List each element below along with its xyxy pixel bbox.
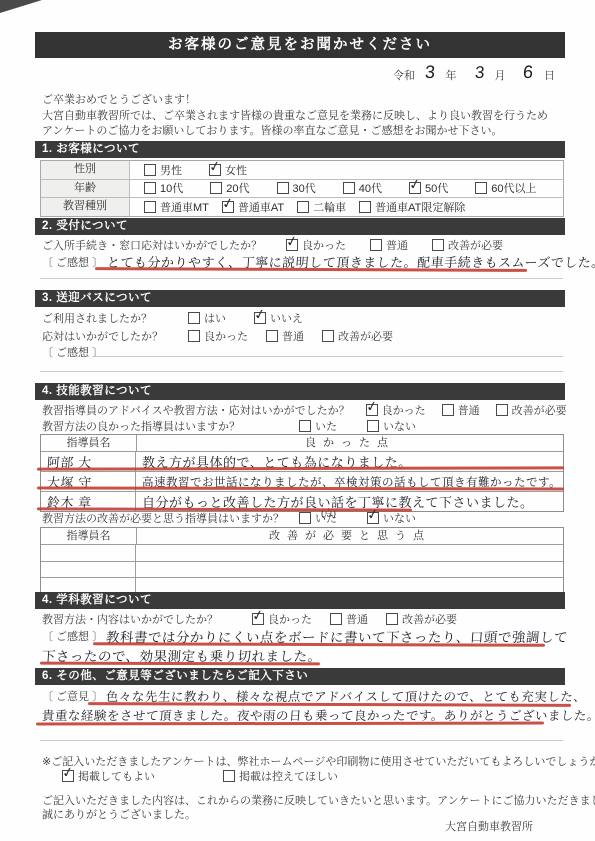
option-age-40s[interactable]: 40代 <box>343 180 382 196</box>
option-needs-improvement[interactable]: 改善が必要 <box>496 402 567 418</box>
checkbox-icon[interactable] <box>209 164 221 176</box>
improve-instructor-question-row: 教習方法の改善が必要と思う指導員はいますか？ いた いない <box>42 510 416 526</box>
bus-used-question-row: ご利用されましたか？ はい いいえ <box>42 310 303 326</box>
red-underline <box>36 722 544 725</box>
column-header-improve-points: 改善が必要と思う点 <box>137 528 563 544</box>
checkbox-icon[interactable] <box>359 201 371 213</box>
row-label: 性別 <box>41 161 130 179</box>
date-line: 令和 3 年 3 月 6 日 <box>393 62 555 83</box>
option-label: 普通 <box>282 328 304 344</box>
checkbox-icon[interactable] <box>366 404 378 416</box>
option-label: 普通車AT <box>238 199 284 215</box>
table-row-age: 年齢 10代 20代 30代 40代 50代 60代以上 <box>41 179 563 198</box>
bus-comment-row[interactable]: 〔 ご感想 〕 <box>42 344 103 360</box>
intro-line-3: アンケートのご協力をお願いしております。皆様の率直なご意見・ご感想をお聞かせ下さ… <box>42 122 502 138</box>
question-label: 教習方法の改善が必要と思う指導員はいますか？ <box>42 510 289 526</box>
option-motorcycle[interactable]: 二輪車 <box>297 199 346 215</box>
checkbox-icon[interactable] <box>62 770 74 782</box>
option-label: 40代 <box>359 180 382 196</box>
section3-header: 3. 送迎バスについて <box>35 290 565 307</box>
bus-service-question-row: 応対はいかがでしたか？ 良かった 普通 改善が必要 <box>42 328 393 344</box>
day-value: 6 <box>523 62 535 83</box>
ruled-line <box>95 356 563 357</box>
good-instructor-question-row: 教習方法の良かった指導員はいますか？ いた いない <box>42 418 416 434</box>
option-good[interactable]: 良かった <box>366 402 426 418</box>
option-label: 普通車MT <box>160 199 209 215</box>
option-male[interactable]: 男性 <box>144 162 182 178</box>
option-no[interactable]: いいえ <box>254 310 303 326</box>
improve-instructor-table: 指導員名 改善が必要と思う点 <box>40 527 564 595</box>
day-unit: 日 <box>544 67 555 83</box>
option-label: いいえ <box>270 310 303 326</box>
option-label: 良かった <box>268 611 312 627</box>
section5-header: 4. 学科教習について <box>35 592 565 609</box>
good-instructor-table: 指導員名 良かった点 阿部 大 教え方が具体的で、とても為になりました。 大塚 … <box>40 434 564 512</box>
option-ita[interactable]: いた <box>299 418 337 434</box>
table-row-gender: 性別 男性 女性 <box>41 161 563 179</box>
checkbox-icon[interactable] <box>432 239 444 251</box>
closing-line-2: 誠にありがとうございました。 <box>42 806 196 822</box>
option-label: いない <box>383 510 416 526</box>
ruled-line <box>40 278 563 279</box>
column-header-name: 指導員名 <box>41 528 137 544</box>
option-needs-improvement[interactable]: 改善が必要 <box>322 328 393 344</box>
option-label: 掲載してもよい <box>78 768 155 784</box>
table-header-row: 指導員名 改善が必要と思う点 <box>41 528 563 544</box>
scan-corner-artifact <box>0 0 42 13</box>
checkbox-icon[interactable] <box>286 239 298 251</box>
section2-header: 2. 受付について <box>35 218 565 235</box>
option-normal[interactable]: 普通 <box>442 402 480 418</box>
publish-options-row: 掲載してもよい 掲載は控えてほしい <box>62 768 338 784</box>
option-inai[interactable]: いない <box>367 510 416 526</box>
option-publish-no[interactable]: 掲載は控えてほしい <box>223 768 338 784</box>
intro-line-1: ご卒業おめでとうございます！ <box>42 91 196 107</box>
instructor-row[interactable]: 鈴木 章 自分がもっと改善した方が良い話を丁寧に教えて下さいました。 (点) <box>41 491 563 511</box>
option-needs-improvement[interactable]: 改善が必要 <box>432 237 503 253</box>
option-normal[interactable]: 普通 <box>370 237 408 253</box>
question-label: 教習方法・内容はいかがでしたか？ <box>42 611 242 627</box>
option-label: 30代 <box>293 180 316 196</box>
checkbox-icon[interactable] <box>330 613 342 625</box>
publish-question: ※ご記入いただきましたアンケートは、弊社ホームページや印刷物に使用させていただい… <box>42 753 595 769</box>
instructor-row[interactable]: 大塚 守 高速教習でお世話になりましたが、卒検対策の話もして頂き有難かったです。 <box>41 471 563 491</box>
empty-row[interactable] <box>41 561 563 578</box>
checkbox-icon[interactable] <box>367 512 379 524</box>
option-label: 改善が必要 <box>402 611 457 627</box>
checkbox-icon[interactable] <box>299 512 311 524</box>
option-label: 50代 <box>425 180 448 196</box>
option-normal[interactable]: 普通 <box>266 328 304 344</box>
customer-info-table: 性別 男性 女性 年齢 10代 20代 30代 40代 50代 60代以上 教習… <box>40 160 564 217</box>
option-inai[interactable]: いない <box>367 418 416 434</box>
option-label: 良かった <box>302 237 346 253</box>
checkbox-icon[interactable] <box>210 182 222 194</box>
checkbox-icon[interactable] <box>188 330 200 342</box>
option-female[interactable]: 女性 <box>209 162 247 178</box>
option-label: 男性 <box>160 162 182 178</box>
intro-line-2: 大宮自動車教習所では、ご卒業されます皆様の貴重なご意見を業務に反映し、より良い教… <box>42 107 548 123</box>
year-value: 3 <box>424 62 436 83</box>
option-label: 良かった <box>382 402 426 418</box>
school-signature: 大宮自動車教習所 <box>445 818 533 834</box>
option-good[interactable]: 良かった <box>188 328 248 344</box>
option-yes[interactable]: はい <box>188 310 226 326</box>
checkbox-icon[interactable] <box>252 613 264 625</box>
option-age-10s[interactable]: 10代 <box>144 180 183 196</box>
option-label: 普通 <box>458 402 480 418</box>
section4-header: 4. 技能教習について <box>35 383 565 400</box>
question-label: ご利用されましたか？ <box>42 310 182 326</box>
checkbox-icon[interactable] <box>367 420 379 432</box>
option-label: 普通車AT限定解除 <box>375 199 465 215</box>
option-at-limit-release[interactable]: 普通車AT限定解除 <box>359 199 465 215</box>
option-age-60s[interactable]: 60代以上 <box>475 180 536 196</box>
question-label: 教習指導員のアドバイスや教習方法・応対はいかがでしたか？ <box>42 402 350 418</box>
survey-page: お客様のご意見をお聞かせください 令和 3 年 3 月 6 日 ご卒業おめでとう… <box>0 0 595 841</box>
empty-row[interactable] <box>41 544 563 561</box>
checkbox-icon[interactable] <box>144 201 156 213</box>
column-header-name: 指導員名 <box>41 435 137 451</box>
ruled-line <box>40 740 563 741</box>
option-label: 改善が必要 <box>448 237 503 253</box>
checkbox-icon[interactable] <box>188 312 200 324</box>
checkbox-icon[interactable] <box>496 404 508 416</box>
checkbox-icon[interactable] <box>299 420 311 432</box>
option-good[interactable]: 良かった <box>286 237 346 253</box>
lecture-question-row: 教習方法・内容はいかがでしたか？ 良かった 普通 改善が必要 <box>42 611 457 627</box>
option-label: いた <box>315 510 337 526</box>
checkbox-icon[interactable] <box>409 182 421 194</box>
question-label: 応対はいかがでしたか？ <box>42 328 182 344</box>
option-label: 二輪車 <box>313 199 346 215</box>
row-label: 教習種別 <box>41 198 130 216</box>
option-at[interactable]: 普通車AT <box>222 199 284 215</box>
option-label: 普通 <box>386 237 408 253</box>
option-label: 改善が必要 <box>338 328 393 344</box>
checkbox-icon[interactable] <box>322 330 334 342</box>
ruled-line <box>40 371 563 372</box>
checkbox-icon[interactable] <box>277 182 289 194</box>
checkbox-icon[interactable] <box>386 613 398 625</box>
page-title: お客様のご意見をお聞かせください <box>35 32 565 58</box>
question-label: ご入所手続き・窓口応対はいかがでしたか？ <box>42 237 262 253</box>
option-label: 60代以上 <box>491 180 536 196</box>
checkbox-icon[interactable] <box>266 330 278 342</box>
month-value: 3 <box>474 63 485 83</box>
checkbox-icon[interactable] <box>343 182 355 194</box>
year-unit: 年 <box>446 67 457 83</box>
option-good[interactable]: 良かった <box>252 611 312 627</box>
option-label: 10代 <box>160 180 183 196</box>
checkbox-icon[interactable] <box>297 201 309 213</box>
era-label: 令和 <box>393 67 415 83</box>
option-ita[interactable]: いた <box>299 510 337 526</box>
checkbox-icon[interactable] <box>144 164 156 176</box>
skill-question-row: 教習指導員のアドバイスや教習方法・応対はいかがでしたか？ 良かった 普通 改善が… <box>42 402 567 418</box>
comment-label: 〔 ご感想 〕 <box>42 344 103 360</box>
option-label: 女性 <box>225 162 247 178</box>
option-publish-ok[interactable]: 掲載してもよい <box>62 768 155 784</box>
reception-question-row: ご入所手続き・窓口応対はいかがでしたか？ 良かった 普通 改善が必要 <box>42 237 503 253</box>
checkbox-icon[interactable] <box>223 770 235 782</box>
row-label: 年齢 <box>41 180 130 198</box>
option-label: 普通 <box>346 611 368 627</box>
option-label: 改善が必要 <box>512 402 567 418</box>
checkbox-icon[interactable] <box>442 404 454 416</box>
comment-label: 〔 ご感想 〕 <box>42 254 103 270</box>
option-mt[interactable]: 普通車MT <box>144 199 209 215</box>
month-unit: 月 <box>494 67 505 83</box>
checkbox-icon[interactable] <box>475 182 487 194</box>
checkbox-icon[interactable] <box>370 239 382 251</box>
instructor-row[interactable]: 阿部 大 教え方が具体的で、とても為になりました。 <box>41 451 563 471</box>
option-label: 掲載は控えてほしい <box>239 768 338 784</box>
checkbox-icon[interactable] <box>254 312 266 324</box>
option-label: いない <box>383 418 416 434</box>
option-label: 良かった <box>204 328 248 344</box>
option-label: はい <box>204 310 226 326</box>
section6-header: 6. その他、ご意見等ございましたらご記入下さい <box>35 668 565 685</box>
option-needs-improvement[interactable]: 改善が必要 <box>386 611 457 627</box>
section1-header: 1. お客様について <box>35 141 565 158</box>
option-age-50s[interactable]: 50代 <box>409 180 448 196</box>
option-label: いた <box>315 418 337 434</box>
checkbox-icon[interactable] <box>144 182 156 194</box>
checkbox-icon[interactable] <box>222 201 234 213</box>
option-normal[interactable]: 普通 <box>330 611 368 627</box>
table-row-course-type: 教習種別 普通車MT 普通車AT 二輪車 普通車AT限定解除 <box>41 197 563 216</box>
table-header-row: 指導員名 良かった点 <box>41 435 563 451</box>
option-age-30s[interactable]: 30代 <box>277 180 316 196</box>
column-header-good-points: 良かった点 <box>137 435 563 451</box>
question-label: 教習方法の良かった指導員はいますか？ <box>42 418 267 434</box>
